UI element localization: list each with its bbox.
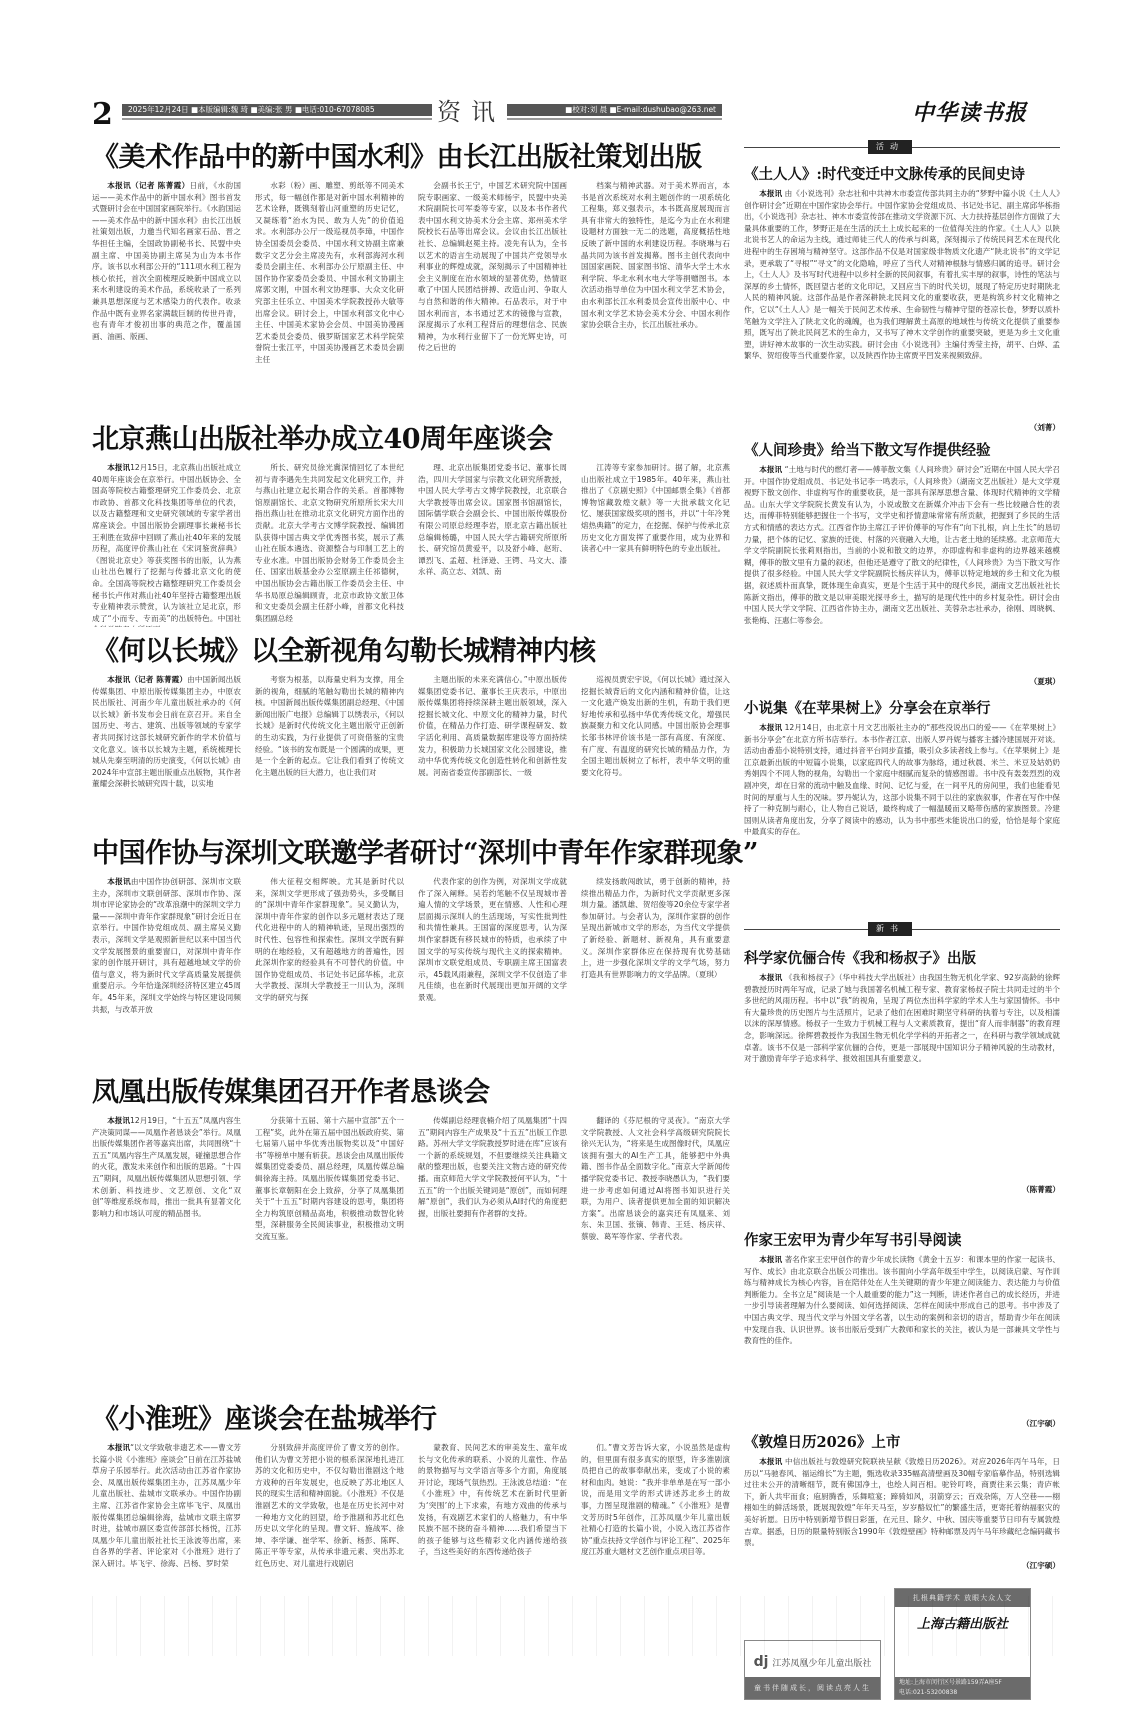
- body-text: 蒙教育、民间艺术的审美发生、童年成长与文化传承的联系、小说的儿童性、作品的景物描…: [418, 1443, 567, 1556]
- body-text: 由中国作协创研部、深圳市文联主办，深圳市文联创研部、深圳市作协、深圳市评论家协会…: [92, 877, 241, 1014]
- body-text: 档案与精神武器。对于美术界而言，本书是首次系统对水利主题创作的一项系统化工程集，…: [581, 181, 730, 329]
- body-text: 本报讯 著名作家王宏甲创作的青少年成长读物《黄金十五岁：和课本里的作家一起读书、…: [744, 1254, 1060, 1418]
- article-great-wall: 《何以长城》以全新视角勾勒长城精神内核 本报讯（记者 陈菁霞）由中国新闻出版传媒…: [92, 634, 730, 834]
- newspaper-brand-logo: 中华读书报: [912, 96, 1027, 127]
- body-text: 考察为根基，以海量史料为支撑，用全新的视角，细腻的笔触勾勒出长城的精神内核。中国…: [255, 675, 404, 777]
- masthead: 2 2025年12月24日 ■本版编辑:魏 琦 ■美编:张 男 ■电话:010-…: [92, 96, 1060, 136]
- section-tag-new-books: 新书: [744, 922, 1060, 936]
- body-text: 会副书长王宁，中国艺术研究院中国画院专职画家、一级美术师杨宇，民盟中央美术院副院…: [418, 181, 567, 352]
- body-text: 本报讯 中信出版社与敦煌研究院联袂呈献《敦煌日历2026》。对应2026年丙午马…: [744, 1456, 1060, 1560]
- article-column: 会副书长王宁，中国艺术研究院中国画院专职画家、一级美术师杨宇，民盟中央美术院副院…: [418, 180, 567, 416]
- body-text: 本报讯 《我和杨叔子》（华中科技大学出版社）由我国生物无机化学家、92岁高龄的徐…: [744, 972, 1060, 1184]
- headline: 中国作协与深圳文联邀学者研讨“深圳中青年作家群现象”: [92, 836, 730, 872]
- headline: 《小淮班》座谈会在盐城举行: [92, 1402, 730, 1438]
- body-text: 由《小说选刊》杂志社和中共神木市委宣传部共同主办的“梦野中篇小说《土人人》创作研…: [744, 189, 1060, 360]
- headline: 科学家伉俪合传《我和杨叔子》出版: [744, 948, 1060, 970]
- side-article-yang-shuzi: 科学家伉俪合传《我和杨叔子》出版 本报讯 《我和杨叔子》（华中科技大学出版社）由…: [744, 948, 1060, 1198]
- article-column: 水彩（粉）画、雕塑、剪纸等不同美术形式，每一幅创作都是对新中国水利精神的艺术诠释…: [255, 180, 404, 416]
- page-number: 2: [92, 98, 113, 132]
- article-column: 本报讯（记者 陈菁霞）由中国新闻出版传媒集团、中原出版传媒集团主办，中原农民出版…: [92, 674, 241, 826]
- ad-phone: 电话:021-53200838: [899, 1688, 1026, 1698]
- proof-email-bar: ■校对:刘 晨 ■E-mail:dushubao@263.net: [507, 104, 722, 116]
- publisher-name: 江苏凤凰少年儿童出版社: [772, 1659, 871, 1669]
- article-column: 本报讯由中国作协创研部、深圳市文联主办，深圳市文联创研部、深圳市作协、深圳市评论…: [92, 876, 241, 1066]
- body-text: “以文学致敬非遗艺术——曹文芳长篇小说《小淮班》座谈会”日前在江苏盐城草房子乐园…: [92, 1443, 241, 1568]
- lead-tag: 本报讯: [759, 1457, 782, 1466]
- lead-tag: 本报讯（记者 陈菁霞）: [107, 181, 189, 190]
- ad-slogan: 童书伴随成长，阅读点亮人生: [745, 1677, 880, 1699]
- body-text: 江涛等专家参加研讨。据了解，北京燕山出版社成立于1985年。40年来，燕山社推出…: [581, 463, 730, 553]
- divider: [122, 118, 432, 120]
- article-column: 传媒副总经理袁楠介绍了凤凰集团“十四五”期间内容生产成果及“十五五”出版工作思路…: [418, 1115, 567, 1385]
- body-text: 理、北京出版集团党委书记、董事长周浩，四川大学国家与宗教文化研究所教授，中国人民…: [418, 463, 567, 576]
- article-column: 理、北京出版集团党委书记、董事长周浩，四川大学国家与宗教文化研究所教授，中国人民…: [418, 462, 567, 627]
- article-column: 江涛等专家参加研讨。据了解，北京燕山出版社成立于1985年。40年来，燕山社推出…: [581, 462, 730, 627]
- body-text: 12月19日，“十五五”凤凰内容生产决策同谋——凤凰作者恳谈会”举行。凤凰出版传…: [92, 1116, 241, 1218]
- side-article-wang-hongjia: 作家王宏甲为青少年写书引导阅读 本报讯 著名作家王宏甲创作的青少年成长读物《黄金…: [744, 1230, 1060, 1430]
- headline: 《何以长城》以全新视角勾勒长城精神内核: [92, 634, 730, 670]
- lead-tag: 本报讯: [107, 463, 130, 472]
- lead-tag: 本报讯: [759, 973, 782, 982]
- byline: （夏琪）: [744, 676, 1060, 687]
- side-article-renjian-zhengui: 《人间珍贵》给当下散文写作提供经验 本报讯 “土地与时代的燃灯者——傅菲散文集《…: [744, 440, 1060, 690]
- body-text: 12月15日，北京燕山出版社成立40周年座谈会在京举行。中国出版协会、全国高等院…: [92, 463, 241, 627]
- body-text: 传媒副总经理袁楠介绍了凤凰集团“十四五”期间内容生产成果及“十五五”出版工作思路…: [418, 1116, 567, 1218]
- article-column: 本报讯12月15日，北京燕山出版社成立40周年座谈会在京举行。中国出版协会、全国…: [92, 462, 241, 627]
- byline: （陈菁霞）: [744, 1184, 1060, 1195]
- body-text: 中信出版社与敦煌研究院联袂呈献《敦煌日历2026》。对应2026年丙午马年，日历…: [744, 1457, 1060, 1547]
- dj-logo-icon: dj: [754, 1654, 769, 1670]
- lead-tag: 本报讯: [107, 1116, 130, 1125]
- article-column: 主题出版的未来充满信心。”中原出版传媒集团党委书记、董事长王庆表示，中原出版传媒…: [418, 674, 567, 826]
- side-article-turenren: 《土人人》:时代变迁中文脉传承的民间史诗 本报讯 由《小说选刊》杂志社和中共神木…: [744, 164, 1060, 434]
- body-text: 本报讯 由《小说选刊》杂志社和中共神木市委宣传部共同主办的“梦野中篇小说《土人人…: [744, 188, 1060, 422]
- article-column: 本报讯（记者 陈菁霞）日前，《水韵国运——美术作品中的新中国水利》图书首发式暨研…: [92, 180, 241, 416]
- byline: （江宇硕）: [744, 1418, 1060, 1429]
- headline: 《美术作品中的新中国水利》由长江出版社策划出版: [92, 140, 730, 176]
- headline: 作家王宏甲为青少年写书引导阅读: [744, 1230, 1060, 1252]
- article-column: 续发扬敢闯敢试，勇于创新的精神，持续推出精品力作，为新时代文学贡献更多深圳力量。…: [581, 876, 730, 1066]
- headline: 《土人人》:时代变迁中文脉传承的民间史诗: [744, 164, 1060, 186]
- article-column: 本报讯12月19日，“十五五”凤凰内容生产决策同谋——凤凰作者恳谈会”举行。凤凰…: [92, 1115, 241, 1385]
- body-text: 所长、研究员徐光冀深情回忆了本世纪初与青李遇先生共同发起文化研究工作，并与燕山社…: [255, 463, 404, 623]
- body-text: 代表作家的创作为例，对深圳文学成就作了深入阐释。吴若约笔触不仅呈现城市普遍人情的…: [418, 877, 567, 1002]
- divider: [507, 118, 722, 120]
- date-editor-bar: 2025年12月24日 ■本版编辑:魏 琦 ■美编:张 男 ■电话:010-67…: [122, 104, 432, 116]
- body-text: 12月14日，由北京十月文艺出版社主办的“那些没说出口的爱——《在苹果树上》新书…: [744, 723, 1060, 836]
- lead-tag: 本报讯: [759, 723, 782, 732]
- article-phoenix-authors: 凤凰出版传媒集团召开作者恳谈会 本报讯12月19日，“十五五”凤凰内容生产决策同…: [92, 1075, 730, 1391]
- body-text: 伟大征程交相辉映。尤其是新时代以来，深圳文学更形成了强劲势头，多受瞩目的“深圳中…: [255, 877, 404, 1002]
- article-column: 翻译的《芬尼根的守灵夜》。“南京大学文学院教授、人文社会科学高级研究院院长徐兴无…: [581, 1115, 730, 1385]
- headline: 北京燕山出版社举办成立40周年座谈会: [92, 422, 730, 458]
- article-column: 所长、研究员徐光冀深情回忆了本世纪初与青李遇先生共同发起文化研究工作，并与燕山社…: [255, 462, 404, 627]
- newspaper-page: 2 2025年12月24日 ■本版编辑:魏 琦 ■美编:张 男 ■电话:010-…: [92, 96, 1060, 1656]
- article-column: 代表作家的创作为例，对深圳文学成就作了深入阐释。吴若约笔触不仅呈现城市普遍人情的…: [418, 876, 567, 1066]
- body-text: 们。”曹文芳告诉大家，小说虽然是虚构的，但里面有很多真实的原型，许多淮剧演员把自…: [581, 1443, 730, 1556]
- headline: 《敦煌日历2026》上市: [744, 1432, 1060, 1454]
- side-article-apple-tree: 小说集《在苹果树上》分享会在京举行 本报讯 12月14日，由北京十月文艺出版社主…: [744, 698, 1060, 868]
- article-column: 巡视员贾宏宇说，《何以长城》通过深入挖掘长城背后的文化内涵和精神价值，让这一文化…: [581, 674, 730, 826]
- section-tag-activity: 活动: [744, 140, 1060, 154]
- body-text: 日前，《水韵国运——美术作品中的新中国水利》图书首发式暨研讨会在中国国家画院举行…: [92, 181, 241, 341]
- headline: 小说集《在苹果树上》分享会在京举行: [744, 698, 1060, 720]
- lead-tag: 本报讯: [107, 1443, 130, 1452]
- background-texture: [92, 1596, 1060, 1656]
- section-tag-label: 新书: [868, 922, 912, 936]
- section-title: 资讯: [437, 96, 505, 128]
- body-text: 分获第十五届、第十六届中宣部“五个一工程”奖，此外在第五届中国出版政府奖、第七届…: [255, 1116, 404, 1241]
- byline: （刘菁）: [744, 422, 1060, 433]
- body-text: 《我和杨叔子》（华中科技大学出版社）由我国生物无机化学家、92岁高龄的徐辉碧教授…: [744, 973, 1060, 1063]
- lead-tag: 本报讯: [759, 465, 782, 474]
- body-text: “土地与时代的燃灯者——傅菲散文集《人间珍贵》研讨会”近期在中国人民大学召开。中…: [744, 465, 1060, 625]
- body-text: 由中国新闻出版传媒集团、中原出版传媒集团主办，中原农民出版社、河南少年儿童出版社…: [92, 675, 241, 788]
- ad-address: 地址:上海市闵行区号景路159弄A座5F: [899, 1678, 1026, 1688]
- body-text: 著名作家王宏甲创作的青少年成长读物《黄金十五岁：和课本里的作家一起读书、写作、成…: [744, 1255, 1060, 1345]
- lead-tag: 本报讯（记者 陈菁霞）: [107, 675, 187, 684]
- article-yanshan: 北京燕山出版社举办成立40周年座谈会 本报讯12月15日，北京燕山出版社成立40…: [92, 422, 730, 632]
- ad-contact: 地址:上海市闵行区号景路159弄A座5F 电话:021-53200838: [895, 1677, 1030, 1699]
- article-column: 伟大征程交相辉映。尤其是新时代以来，深圳文学更形成了强劲势头，多受瞩目的“深圳中…: [255, 876, 404, 1066]
- body-text: 翻译的《芬尼根的守灵夜》。“南京大学文学院教授、人文社会科学高级研究院院长徐兴无…: [581, 1116, 730, 1241]
- article-column: 分获第十五届、第十六届中宣部“五个一工程”奖，此外在第五届中国出版政府奖、第七届…: [255, 1115, 404, 1385]
- body-text: 本报讯 “土地与时代的燃灯者——傅菲散文集《人间珍贵》研讨会”近期在中国人民大学…: [744, 464, 1060, 676]
- lead-tag: 本报讯: [759, 189, 782, 198]
- headline: 《人间珍贵》给当下散文写作提供经验: [744, 440, 1060, 462]
- byline: （江宇硕）: [744, 1560, 1060, 1571]
- body-text: 分别致辞并高度评价了曹文芳的创作。他们认为曹文芳把小说的根系深深地扎进江苏的文化…: [255, 1443, 404, 1568]
- article-shenzhen-writers: 中国作协与深圳文联邀学者研讨“深圳中青年作家群现象” 本报讯由中国作协创研部、深…: [92, 836, 730, 1072]
- article-water-art: 《美术作品中的新中国水利》由长江出版社策划出版 本报讯（记者 陈菁霞）日前，《水…: [92, 140, 730, 420]
- headline: 凤凰出版传媒集团召开作者恳谈会: [92, 1075, 730, 1111]
- lead-tag: 本报讯: [107, 877, 131, 886]
- side-article-dunhuang-calendar: 《敦煌日历2026》上市 本报讯 中信出版社与敦煌研究院联袂呈献《敦煌日历202…: [744, 1432, 1060, 1582]
- lead-tag: 本报讯: [759, 1255, 782, 1264]
- section-tag-label: 活动: [868, 140, 912, 154]
- body-text: 水彩（粉）画、雕塑、剪纸等不同美术形式，每一幅创作都是对新中国水利精神的艺术诠释…: [255, 181, 404, 364]
- body-text: 续发扬敢闯敢试，勇于创新的精神，持续推出精品力作，为新时代文学贡献更多深圳力量。…: [581, 877, 730, 979]
- body-text: 主题出版的未来充满信心。”中原出版传媒集团党委书记、董事长王庆表示，中原出版传媒…: [418, 675, 567, 777]
- article-column: 考察为根基，以海量史料为支撑，用全新的视角，细腻的笔触勾勒出长城的精神内核。中国…: [255, 674, 404, 826]
- body-text: 本报讯 12月14日，由北京十月文艺出版社主办的“那些没说出口的爱——《在苹果树…: [744, 722, 1060, 862]
- article-column: 档案与精神武器。对于美术界而言，本书是首次系统对水利主题创作的一项系统化工程集，…: [581, 180, 730, 416]
- body-text: 巡视员贾宏宇说，《何以长城》通过深入挖掘长城背后的文化内涵和精神价值，让这一文化…: [581, 675, 730, 777]
